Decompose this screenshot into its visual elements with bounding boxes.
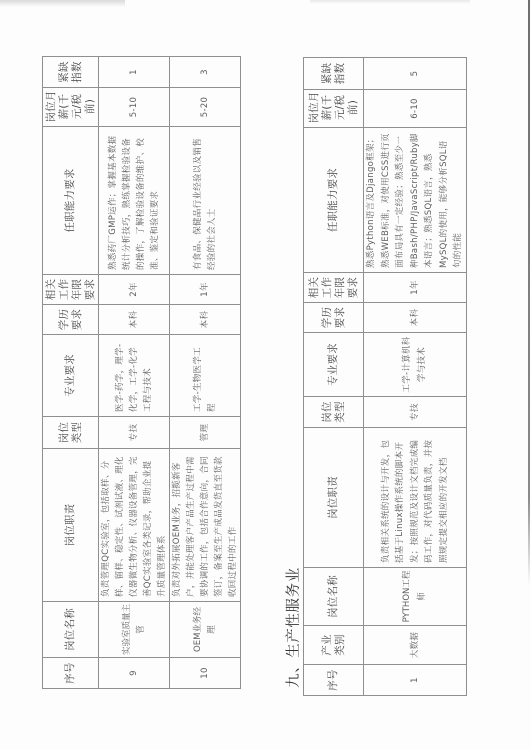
cell-type: 专技 bbox=[99, 417, 170, 449]
cell-salary: 5-20 bbox=[170, 88, 241, 127]
cell-duties: 负责管理QC实验室，包括取样、分样、留样、稳定性、试剂试液、理化仪器微生物分析、… bbox=[99, 449, 170, 602]
cell-shortage: 5 bbox=[364, 58, 467, 90]
cell-shortage: 1 bbox=[99, 57, 170, 88]
cell-industry: 大数据 bbox=[364, 626, 467, 665]
table-row: 1 大数据 PYTHON工程师 负责相关系统的设计与开发，包括基于Linux操作… bbox=[364, 58, 467, 696]
cell-type: 专技 bbox=[364, 397, 467, 428]
cell-salary: 6-10 bbox=[364, 90, 467, 128]
cell-seq: 10 bbox=[170, 658, 241, 689]
header-education: 学历要求 bbox=[43, 305, 99, 335]
cell-seq: 9 bbox=[99, 658, 170, 689]
job-table-productive-services: 序号 产业类别 岗位名称 岗位职责 岗位类型 专业要求 学历要求 相关工作年限要… bbox=[303, 57, 467, 696]
cell-major: 医学-药学，理学-化学，工学-化学工程与技术 bbox=[99, 335, 170, 417]
cell-education: 本科 bbox=[99, 305, 170, 335]
cell-duties: 负责对外拓展OEM业务，招揽新客户，并能处理客户产品生产过程中需要协调的工作，包… bbox=[170, 449, 241, 602]
cell-position: PYTHON工程师 bbox=[364, 568, 467, 626]
table-row: 10 OEM业务经理 负责对外拓展OEM业务，招揽新客户，并能处理客户产品生产过… bbox=[170, 57, 241, 689]
cell-position: OEM业务经理 bbox=[170, 602, 241, 658]
header-industry: 产业类别 bbox=[304, 626, 364, 665]
header-salary: 岗位月薪(千元/税前) bbox=[43, 88, 99, 127]
header-position: 岗位名称 bbox=[43, 602, 99, 658]
cell-education: 本科 bbox=[170, 305, 241, 335]
cell-requirements: 有食品、保健品行业经验以及销售经验的社会人士 bbox=[170, 127, 241, 275]
cell-salary: 5-10 bbox=[99, 88, 170, 127]
header-salary: 岗位月薪(千元/税前) bbox=[304, 90, 364, 128]
header-requirements: 任职能力要求 bbox=[43, 127, 99, 275]
cell-type: 管理 bbox=[170, 417, 241, 449]
cell-education: 本科 bbox=[364, 303, 467, 333]
cell-requirements: 熟悉Python语言及Django框架；熟悉WEB标准，对使用CSS进行页面布局… bbox=[364, 128, 467, 273]
header-experience: 相关工作年限要求 bbox=[304, 273, 364, 303]
job-table-manufacturing: 序号 岗位名称 岗位职责 岗位类型 专业要求 学历要求 相关工作年限要求 任职能… bbox=[42, 56, 241, 689]
cell-major: 工学-计算机科学与技术 bbox=[364, 333, 467, 397]
table-header-row: 序号 产业类别 岗位名称 岗位职责 岗位类型 专业要求 学历要求 相关工作年限要… bbox=[304, 58, 364, 696]
table-header-row: 序号 岗位名称 岗位职责 岗位类型 专业要求 学历要求 相关工作年限要求 任职能… bbox=[43, 57, 99, 689]
header-type: 岗位类型 bbox=[304, 397, 364, 428]
cell-requirements: 熟悉药厂GMP运作；掌握基本数据统计分析技巧，熟练掌握检验设备的操作，了解检验设… bbox=[99, 127, 170, 275]
table-row: 9 实验室质量主管 负责管理QC实验室，包括取样、分样、留样、稳定性、试剂试液、… bbox=[99, 57, 170, 689]
header-shortage: 紧缺指数 bbox=[304, 58, 364, 90]
document-page: 序号 岗位名称 岗位职责 岗位类型 专业要求 学历要求 相关工作年限要求 任职能… bbox=[0, 0, 531, 750]
header-position: 岗位名称 bbox=[304, 568, 364, 626]
cell-experience: 2年 bbox=[99, 275, 170, 305]
header-experience: 相关工作年限要求 bbox=[43, 275, 99, 305]
cell-duties: 负责相关系统的设计与开发，包括基于Linux操作系统的脚本开发；按照规范及设计文… bbox=[364, 428, 467, 568]
cell-shortage: 3 bbox=[170, 57, 241, 88]
header-major: 专业要求 bbox=[43, 335, 99, 417]
header-type: 岗位类型 bbox=[43, 417, 99, 449]
cell-major: 工学-生物医学工程 bbox=[170, 335, 241, 417]
header-seq: 序号 bbox=[304, 665, 364, 696]
header-major: 专业要求 bbox=[304, 333, 364, 397]
header-seq: 序号 bbox=[43, 658, 99, 689]
header-education: 学历要求 bbox=[304, 303, 364, 333]
cell-seq: 1 bbox=[364, 665, 467, 696]
section-heading: 九、生产性服务业 bbox=[282, 567, 303, 688]
cell-position: 实验室质量主管 bbox=[99, 602, 170, 658]
cell-experience: 1年 bbox=[364, 273, 467, 303]
cell-experience: 1年 bbox=[170, 275, 241, 305]
header-duties: 岗位职责 bbox=[43, 449, 99, 602]
header-duties: 岗位职责 bbox=[304, 428, 364, 568]
header-shortage: 紧缺指数 bbox=[43, 57, 99, 88]
header-requirements: 任职能力要求 bbox=[304, 128, 364, 273]
